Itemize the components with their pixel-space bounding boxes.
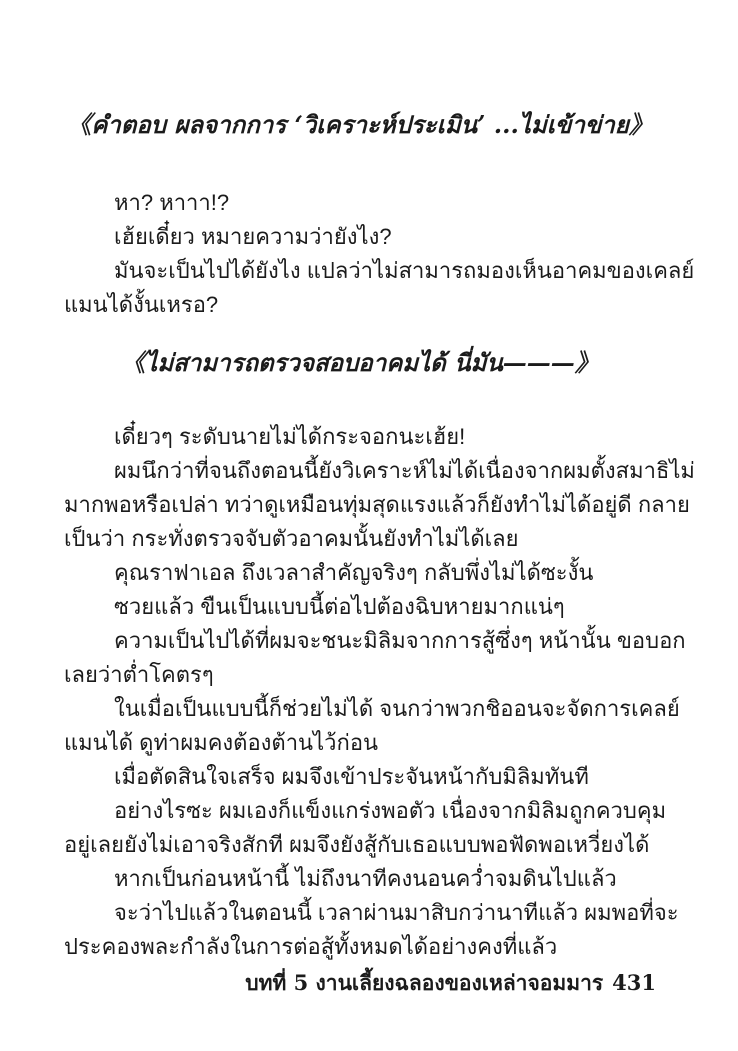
text-line: แมนได้ ดูท่าผมคงต้องต้านไว้ก่อน bbox=[64, 726, 656, 760]
text-line: จะว่าไปแล้วในตอนนี้ เวลาผ่านมาสิบกว่านาท… bbox=[64, 896, 656, 930]
text-line: ซวยแล้ว ขืนเป็นแบบนี้ต่อไปต้องฉิบหายมากแ… bbox=[64, 590, 656, 624]
text-line: มันจะเป็นไปได้ยังไง แปลว่าไม่สามารถมองเห… bbox=[64, 254, 656, 288]
paragraph: มันจะเป็นไปได้ยังไง แปลว่าไม่สามารถมองเห… bbox=[64, 254, 656, 322]
text-line: เลยว่าต่ำโคตรๆ bbox=[64, 658, 656, 692]
page-number: 431 bbox=[612, 970, 656, 995]
paragraph: หากเป็นก่อนหน้านี้ ไม่ถึงนาทีคงนอนคว่ำจม… bbox=[64, 862, 656, 896]
paragraph: อย่างไรซะ ผมเองก็แข็งแกร่งพอตัว เนื่องจา… bbox=[64, 794, 656, 862]
paragraph: ความเป็นไปได้ที่ผมจะชนะมิลิมจากการสู้ซึ่… bbox=[64, 624, 656, 692]
paragraph: เฮ้ยเดี๋ยว หมายความว่ายังไง? bbox=[64, 220, 656, 254]
text-line: อยู่เลยยังไม่เอาจริงสักที ผมจึงยังสู้กับ… bbox=[64, 828, 656, 862]
section-heading-cannot-inspect: 《ไม่สามารถตรวจสอบอาคมได้ นี่มัน———》 bbox=[64, 346, 656, 380]
paragraph-group-2: เดี๋ยวๆ ระดับนายไม่ได้กระจอกนะเฮ้ย!ผมนึก… bbox=[64, 420, 656, 964]
text-line: เฮ้ยเดี๋ยว หมายความว่ายังไง? bbox=[64, 220, 656, 254]
paragraph: ซวยแล้ว ขืนเป็นแบบนี้ต่อไปต้องฉิบหายมากแ… bbox=[64, 590, 656, 624]
book-page: 《คำตอบ ผลจากการ ‘วิเคราะห์ประเมิน’ ...ไม… bbox=[0, 0, 738, 1051]
paragraph: เดี๋ยวๆ ระดับนายไม่ได้กระจอกนะเฮ้ย! bbox=[64, 420, 656, 454]
text-line: มากพอหรือเปล่า ทว่าดูเหมือนทุ่มสุดแรงแล้… bbox=[64, 488, 656, 522]
text-line: ความเป็นไปได้ที่ผมจะชนะมิลิมจากการสู้ซึ่… bbox=[64, 624, 656, 658]
text-line: เดี๋ยวๆ ระดับนายไม่ได้กระจอกนะเฮ้ย! bbox=[64, 420, 656, 454]
paragraph: จะว่าไปแล้วในตอนนี้ เวลาผ่านมาสิบกว่านาท… bbox=[64, 896, 656, 964]
paragraph: หา? หาาา!? bbox=[64, 186, 656, 220]
text-line: อย่างไรซะ ผมเองก็แข็งแกร่งพอตัว เนื่องจา… bbox=[64, 794, 656, 828]
paragraph: ผมนึกว่าที่จนถึงตอนนี้ยังวิเคราะห์ไม่ได้… bbox=[64, 454, 656, 556]
text-line: แมนได้งั้นเหรอ? bbox=[64, 288, 656, 322]
text-line: เป็นว่า กระทั่งตรวจจับตัวอาคมนั้นยังทำไม… bbox=[64, 522, 656, 556]
chapter-title: บทที่ 5 งานเลี้ยงฉลองของเหล่าจอมมาร bbox=[245, 970, 603, 995]
paragraph: เมื่อตัดสินใจเสร็จ ผมจึงเข้าประจันหน้ากั… bbox=[64, 760, 656, 794]
page-footer: บทที่ 5 งานเลี้ยงฉลองของเหล่าจอมมาร431 bbox=[64, 968, 656, 998]
text-line: หา? หาาา!? bbox=[64, 186, 656, 220]
text-line: ประคองพละกำลังในการต่อสู้ทั้งหมดได้อย่าง… bbox=[64, 930, 656, 964]
paragraph: ในเมื่อเป็นแบบนี้ก็ช่วยไม่ได้ จนกว่าพวกช… bbox=[64, 692, 656, 760]
paragraph: คุณราฟาเอล ถึงเวลาสำคัญจริงๆ กลับพึ่งไม่… bbox=[64, 556, 656, 590]
text-line: หากเป็นก่อนหน้านี้ ไม่ถึงนาทีคงนอนคว่ำจม… bbox=[64, 862, 656, 896]
text-line: ในเมื่อเป็นแบบนี้ก็ช่วยไม่ได้ จนกว่าพวกช… bbox=[64, 692, 656, 726]
text-line: ผมนึกว่าที่จนถึงตอนนี้ยังวิเคราะห์ไม่ได้… bbox=[64, 454, 656, 488]
paragraph-group-1: หา? หาาา!?เฮ้ยเดี๋ยว หมายความว่ายังไง?มั… bbox=[64, 186, 656, 322]
section-heading-analysis-result: 《คำตอบ ผลจากการ ‘วิเคราะห์ประเมิน’ ...ไม… bbox=[64, 108, 656, 142]
text-line: เมื่อตัดสินใจเสร็จ ผมจึงเข้าประจันหน้ากั… bbox=[64, 760, 656, 794]
text-line: คุณราฟาเอล ถึงเวลาสำคัญจริงๆ กลับพึ่งไม่… bbox=[64, 556, 656, 590]
